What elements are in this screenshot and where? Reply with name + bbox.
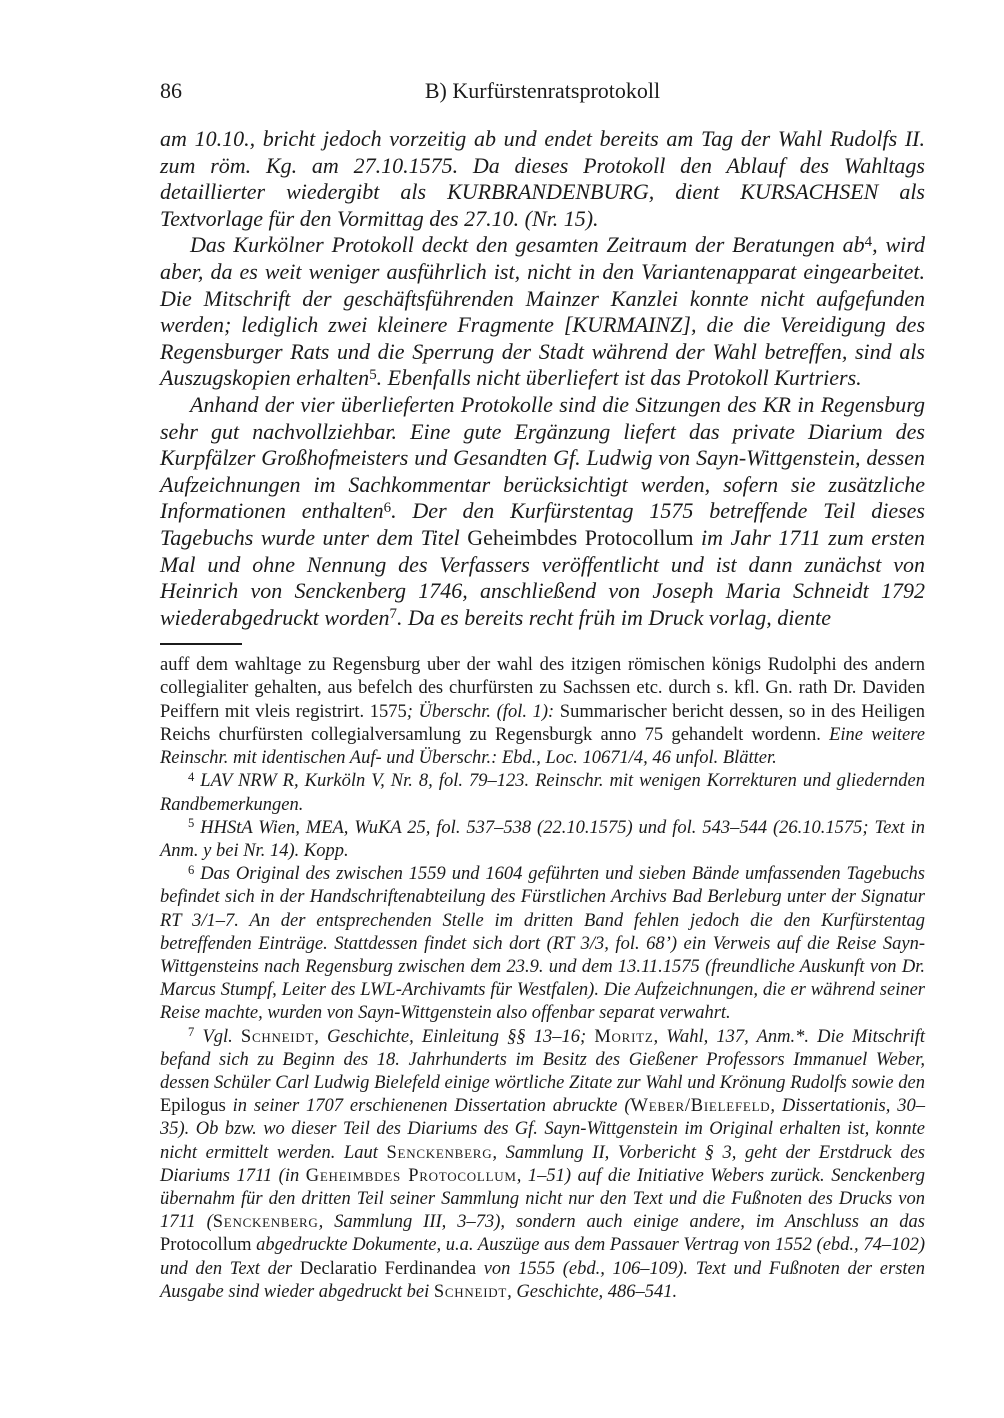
footnote-separator-rule: [160, 643, 242, 645]
footnote-block: auff dem wahltage zu Regensburg uber der…: [160, 654, 925, 1304]
footnote-6: 6 Das Original des zwischen 1559 und 160…: [160, 863, 925, 1025]
text-segment: Declaratio Ferdinandea: [300, 1259, 476, 1279]
footnote-marker: 4: [188, 770, 194, 784]
footnote-7: 7 Vgl. Schneidt, Geschichte, Einleitung …: [160, 1026, 925, 1304]
footnote-marker: 4: [865, 234, 872, 250]
text-segment: Weber/Bielefeld: [631, 1096, 771, 1116]
footnote-marker: 7: [188, 1025, 194, 1039]
footnote-continuation: auff dem wahltage zu Regensburg uber der…: [160, 654, 925, 770]
text-segment: Das Original des zwischen 1559 und 1604 …: [160, 864, 925, 1023]
text-segment: Schneidt: [241, 1027, 314, 1047]
text-segment: LAV NRW R, Kurköln V, Nr. 8, fol. 79–123…: [160, 771, 925, 814]
text-segment: Schneidt: [434, 1282, 507, 1302]
text-segment: Epilogus: [160, 1096, 226, 1116]
footnote-5: 5 HHStA Wien, MEA, WuKA 25, fol. 537–538…: [160, 817, 925, 863]
text-segment: Geheimbdes Protocollum: [467, 525, 693, 550]
text-segment: in seiner 1707 erschienenen Dissertation…: [226, 1096, 631, 1116]
main-text-block: am 10.10., bricht jedoch vorzeitig ab un…: [160, 126, 925, 631]
text-segment: Protocollum: [160, 1235, 251, 1255]
footnote-marker: 6: [384, 500, 391, 516]
page-number: 86: [160, 78, 182, 104]
text-segment: Moritz: [594, 1027, 653, 1047]
text-segment: . Ebenfalls nicht überliefert ist das Pr…: [377, 365, 862, 390]
running-header-title: B) Kurfürstenratsprotokoll: [160, 78, 925, 104]
text-segment: , Geschichte, Einleitung §§ 13–16;: [314, 1027, 594, 1047]
text-segment: . Da es bereits recht früh im Druck vorl…: [397, 605, 831, 630]
footnote-marker: 7: [390, 606, 397, 622]
text-segment: ; Überschr. (fol. 1):: [407, 702, 554, 722]
footnote-marker: 5: [188, 816, 194, 830]
running-head: 86 B) Kurfürstenratsprotokoll: [160, 78, 925, 108]
footnote-4: 4 LAV NRW R, Kurköln V, Nr. 8, fol. 79–1…: [160, 770, 925, 816]
main-paragraph: Das Kurkölner Protokoll deckt den gesamt…: [160, 232, 925, 392]
main-paragraph: am 10.10., bricht jedoch vorzeitig ab un…: [160, 126, 925, 232]
book-page: 86 B) Kurfürstenratsprotokoll am 10.10.,…: [0, 0, 1004, 1418]
text-segment: , Geschichte, 486–541.: [507, 1282, 677, 1302]
text-segment: am 10.10., bricht jedoch vorzeitig ab un…: [160, 126, 925, 231]
footnote-marker: 6: [188, 863, 194, 877]
text-segment: Vgl.: [194, 1027, 241, 1047]
text-segment: Senckenberg: [387, 1143, 493, 1163]
text-segment: HHStA Wien, MEA, WuKA 25, fol. 537–538 (…: [160, 818, 925, 861]
text-segment: Senckenberg: [213, 1212, 319, 1232]
text-segment: , Sammlung III, 3–73), sondern auch eini…: [319, 1212, 925, 1232]
main-paragraph: Anhand der vier überlieferten Protokolle…: [160, 392, 925, 631]
text-segment: Das Kurkölner Protokoll deckt den gesamt…: [190, 232, 865, 257]
footnote-marker: 5: [369, 367, 376, 383]
text-segment: Geheimbdes Protocollum: [306, 1166, 517, 1186]
